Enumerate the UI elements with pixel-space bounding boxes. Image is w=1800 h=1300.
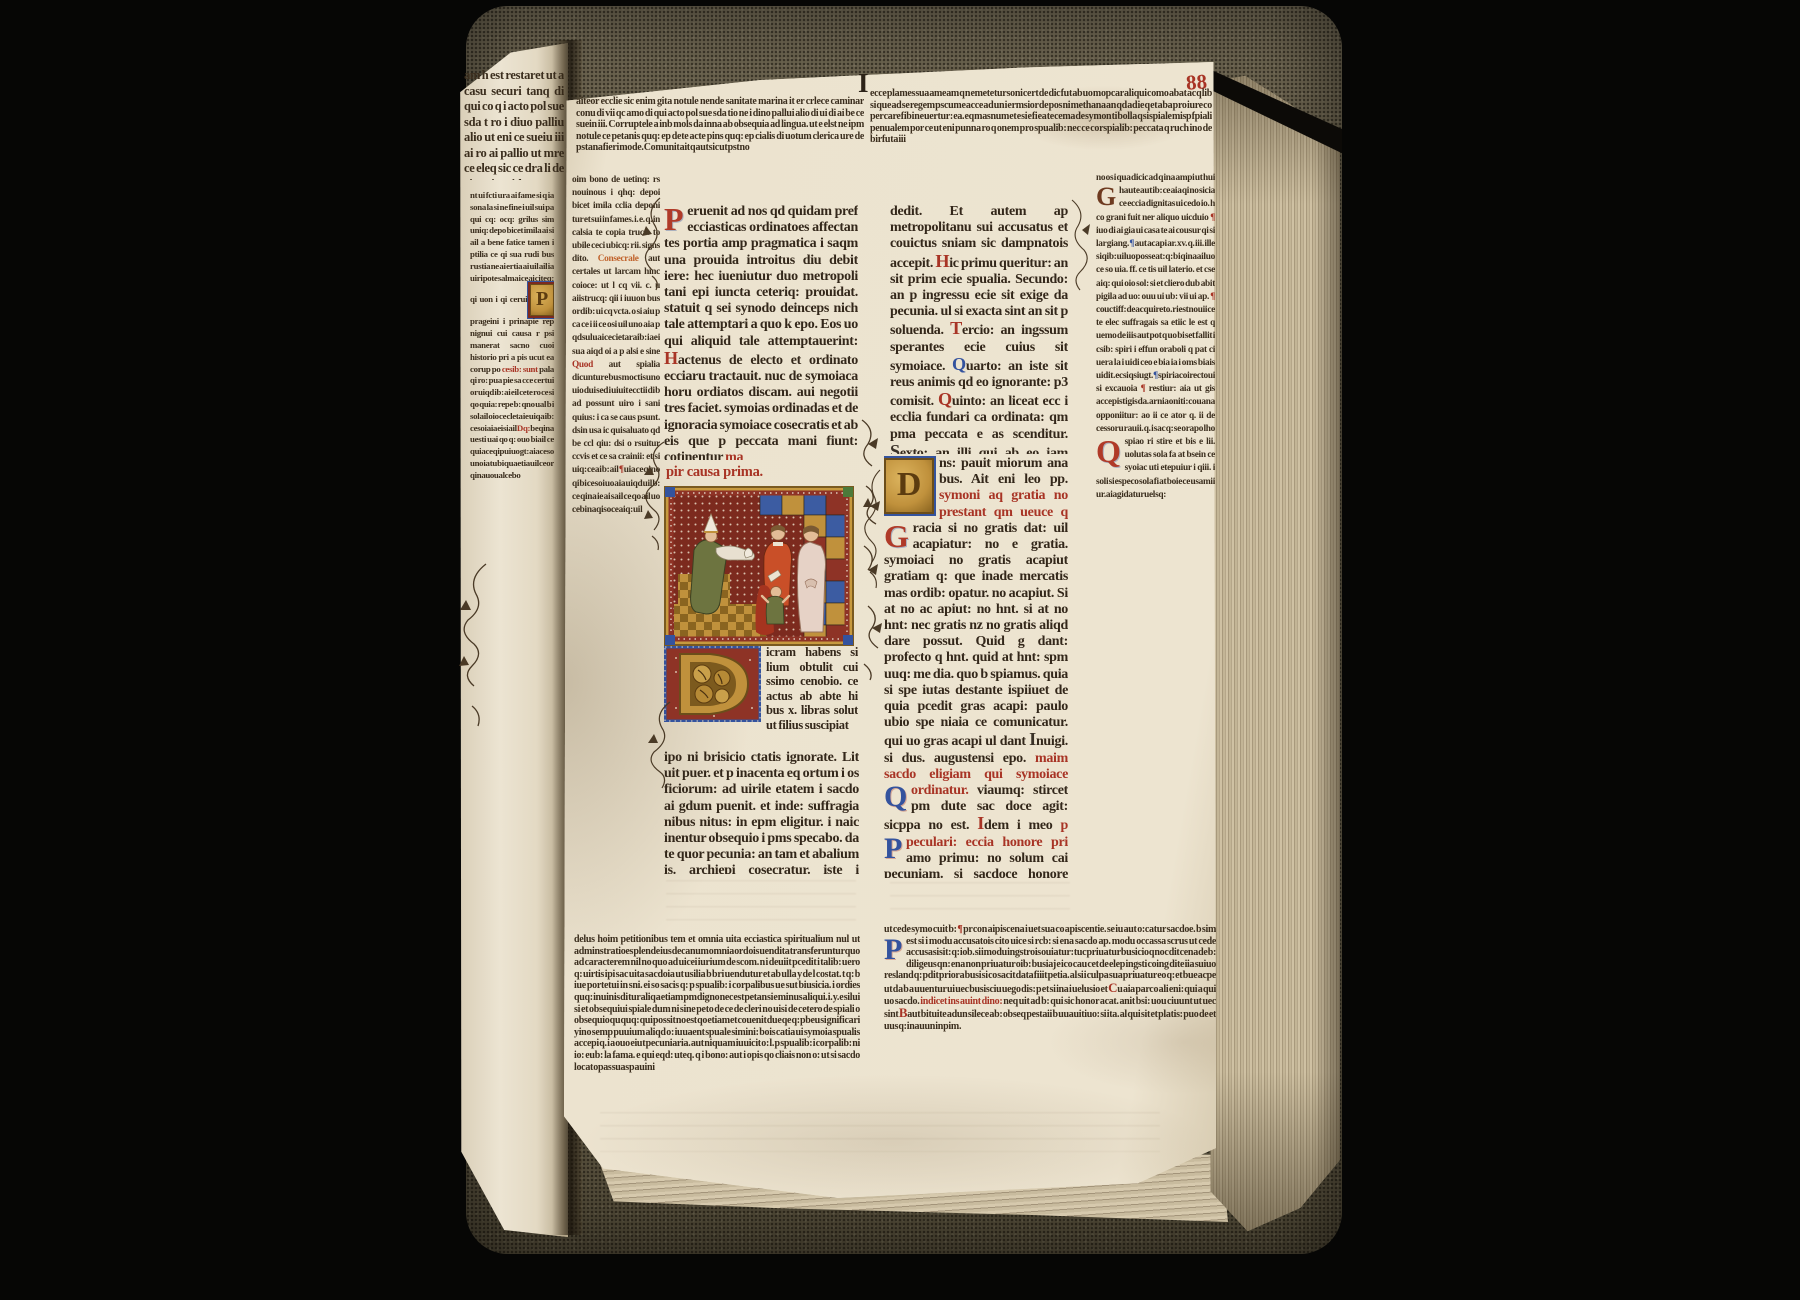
text-segment: ¶ — [1210, 292, 1215, 302]
text-segment: aut bituite adun silece ab: obseq pestai… — [884, 1009, 1216, 1032]
text-segment: ns: pauit miorum ana bus. Ait eni leo pp… — [939, 456, 1068, 487]
show-through-patch — [600, 1112, 1160, 1152]
header-numeral: I — [858, 68, 870, 99]
text-segment: Dq: — [517, 423, 530, 433]
text-segment: I — [1029, 729, 1036, 749]
gloss-column-right: no os i qua dicic ad q ina ampi ut hui h… — [1096, 172, 1215, 926]
text-segment: ¶ — [1141, 384, 1149, 394]
top-gloss-left: aiteor ecclie sic enim gita notule nende… — [576, 96, 864, 176]
text-segment: S — [890, 441, 900, 454]
text-beside-initial: icram habens si lium obtulit cui ssimo c… — [766, 645, 858, 747]
verso-top-text: am h est restaret ut a casu securi tanq … — [464, 68, 564, 180]
text-column-left-upper: Peruenit ad nos qd quidam pref ecciastic… — [664, 204, 858, 460]
text-column-right-lower: Dns: pauit miorum ana bus. Ait eni leo p… — [884, 456, 1068, 878]
pen-flourish — [646, 700, 676, 792]
pen-flourish — [640, 196, 666, 292]
text-segment: P — [530, 284, 554, 316]
text-segment: indicet ins auint dino: — [920, 996, 1003, 1007]
top-gloss-right: ecce plames sua ameam q n emetetur soni … — [870, 88, 1212, 172]
text-segment: symoni — [939, 488, 989, 503]
text-segment: Q — [884, 785, 907, 810]
miniature-scene — [664, 486, 854, 646]
gold-checker-floor — [674, 604, 766, 639]
text-segment: racia si no gratis dat: uil acapiatur: n… — [884, 521, 1068, 750]
text-segment: B — [899, 1005, 907, 1020]
pen-flourish — [862, 468, 886, 592]
text-segment: ma — [725, 450, 743, 460]
text-segment: actenus de electo et ordinato ecciaru tr… — [664, 353, 858, 460]
text-column-left-lower: ipo ni brisicio ctatis ignorate. Lit uit… — [664, 750, 859, 874]
text-segment: couctiff: de acquireto. ri est nouii ce … — [1096, 305, 1215, 381]
show-through-patch — [890, 882, 1070, 920]
text-segment: cesib: sunt — [502, 364, 539, 374]
fore-edge-page-stack — [1208, 64, 1340, 1236]
text-segment: amo primu: no solum cai pecuniam. si sac… — [884, 851, 1068, 878]
pen-flourish — [642, 438, 670, 554]
show-through-patch — [666, 880, 856, 928]
manuscript-photo-stage: am h est restaret ut a casu securi tanq … — [0, 0, 1800, 1300]
bottom-gloss-right: ut cede symo cuit b: ¶ pr con aipiscena … — [884, 924, 1216, 1136]
text-segment: P — [884, 938, 902, 963]
text-segment: ¶ — [1210, 213, 1215, 223]
text-segment: D — [884, 458, 934, 514]
text-segment: P — [884, 837, 902, 862]
text-segment: P — [664, 206, 683, 232]
text-segment: dem i meo — [984, 818, 1060, 833]
pen-flourish — [458, 560, 492, 730]
text-segment: ut cede symo cuit b: — [884, 924, 957, 935]
rubric-caption: pir causa prima. — [666, 464, 856, 481]
illuminated-initial-d — [664, 646, 761, 722]
text-segment: Q — [952, 354, 966, 374]
text-segment: H — [935, 251, 949, 271]
text-segment: H — [664, 348, 678, 368]
bottom-gloss-left: delus hoim petitionibus tem et omnia uit… — [574, 934, 860, 1110]
text-segment: exto: an illi qui ab eo iam symoico eo i… — [890, 446, 1068, 454]
miniature-illumination — [664, 486, 854, 646]
text-segment: T — [950, 318, 962, 338]
text-segment: C — [1108, 980, 1117, 995]
text-column-right-upper: dedit. Et autem ap metropolitanu sui acc… — [890, 204, 1068, 454]
text-segment: Q — [1096, 438, 1121, 464]
pen-flourish — [1066, 198, 1090, 302]
text-segment: Quod — [572, 360, 609, 370]
text-segment: G — [1096, 186, 1116, 208]
text-segment: eruenit ad nos qd quidam pref ecciastica… — [664, 204, 858, 349]
text-segment: Q — [938, 389, 952, 409]
